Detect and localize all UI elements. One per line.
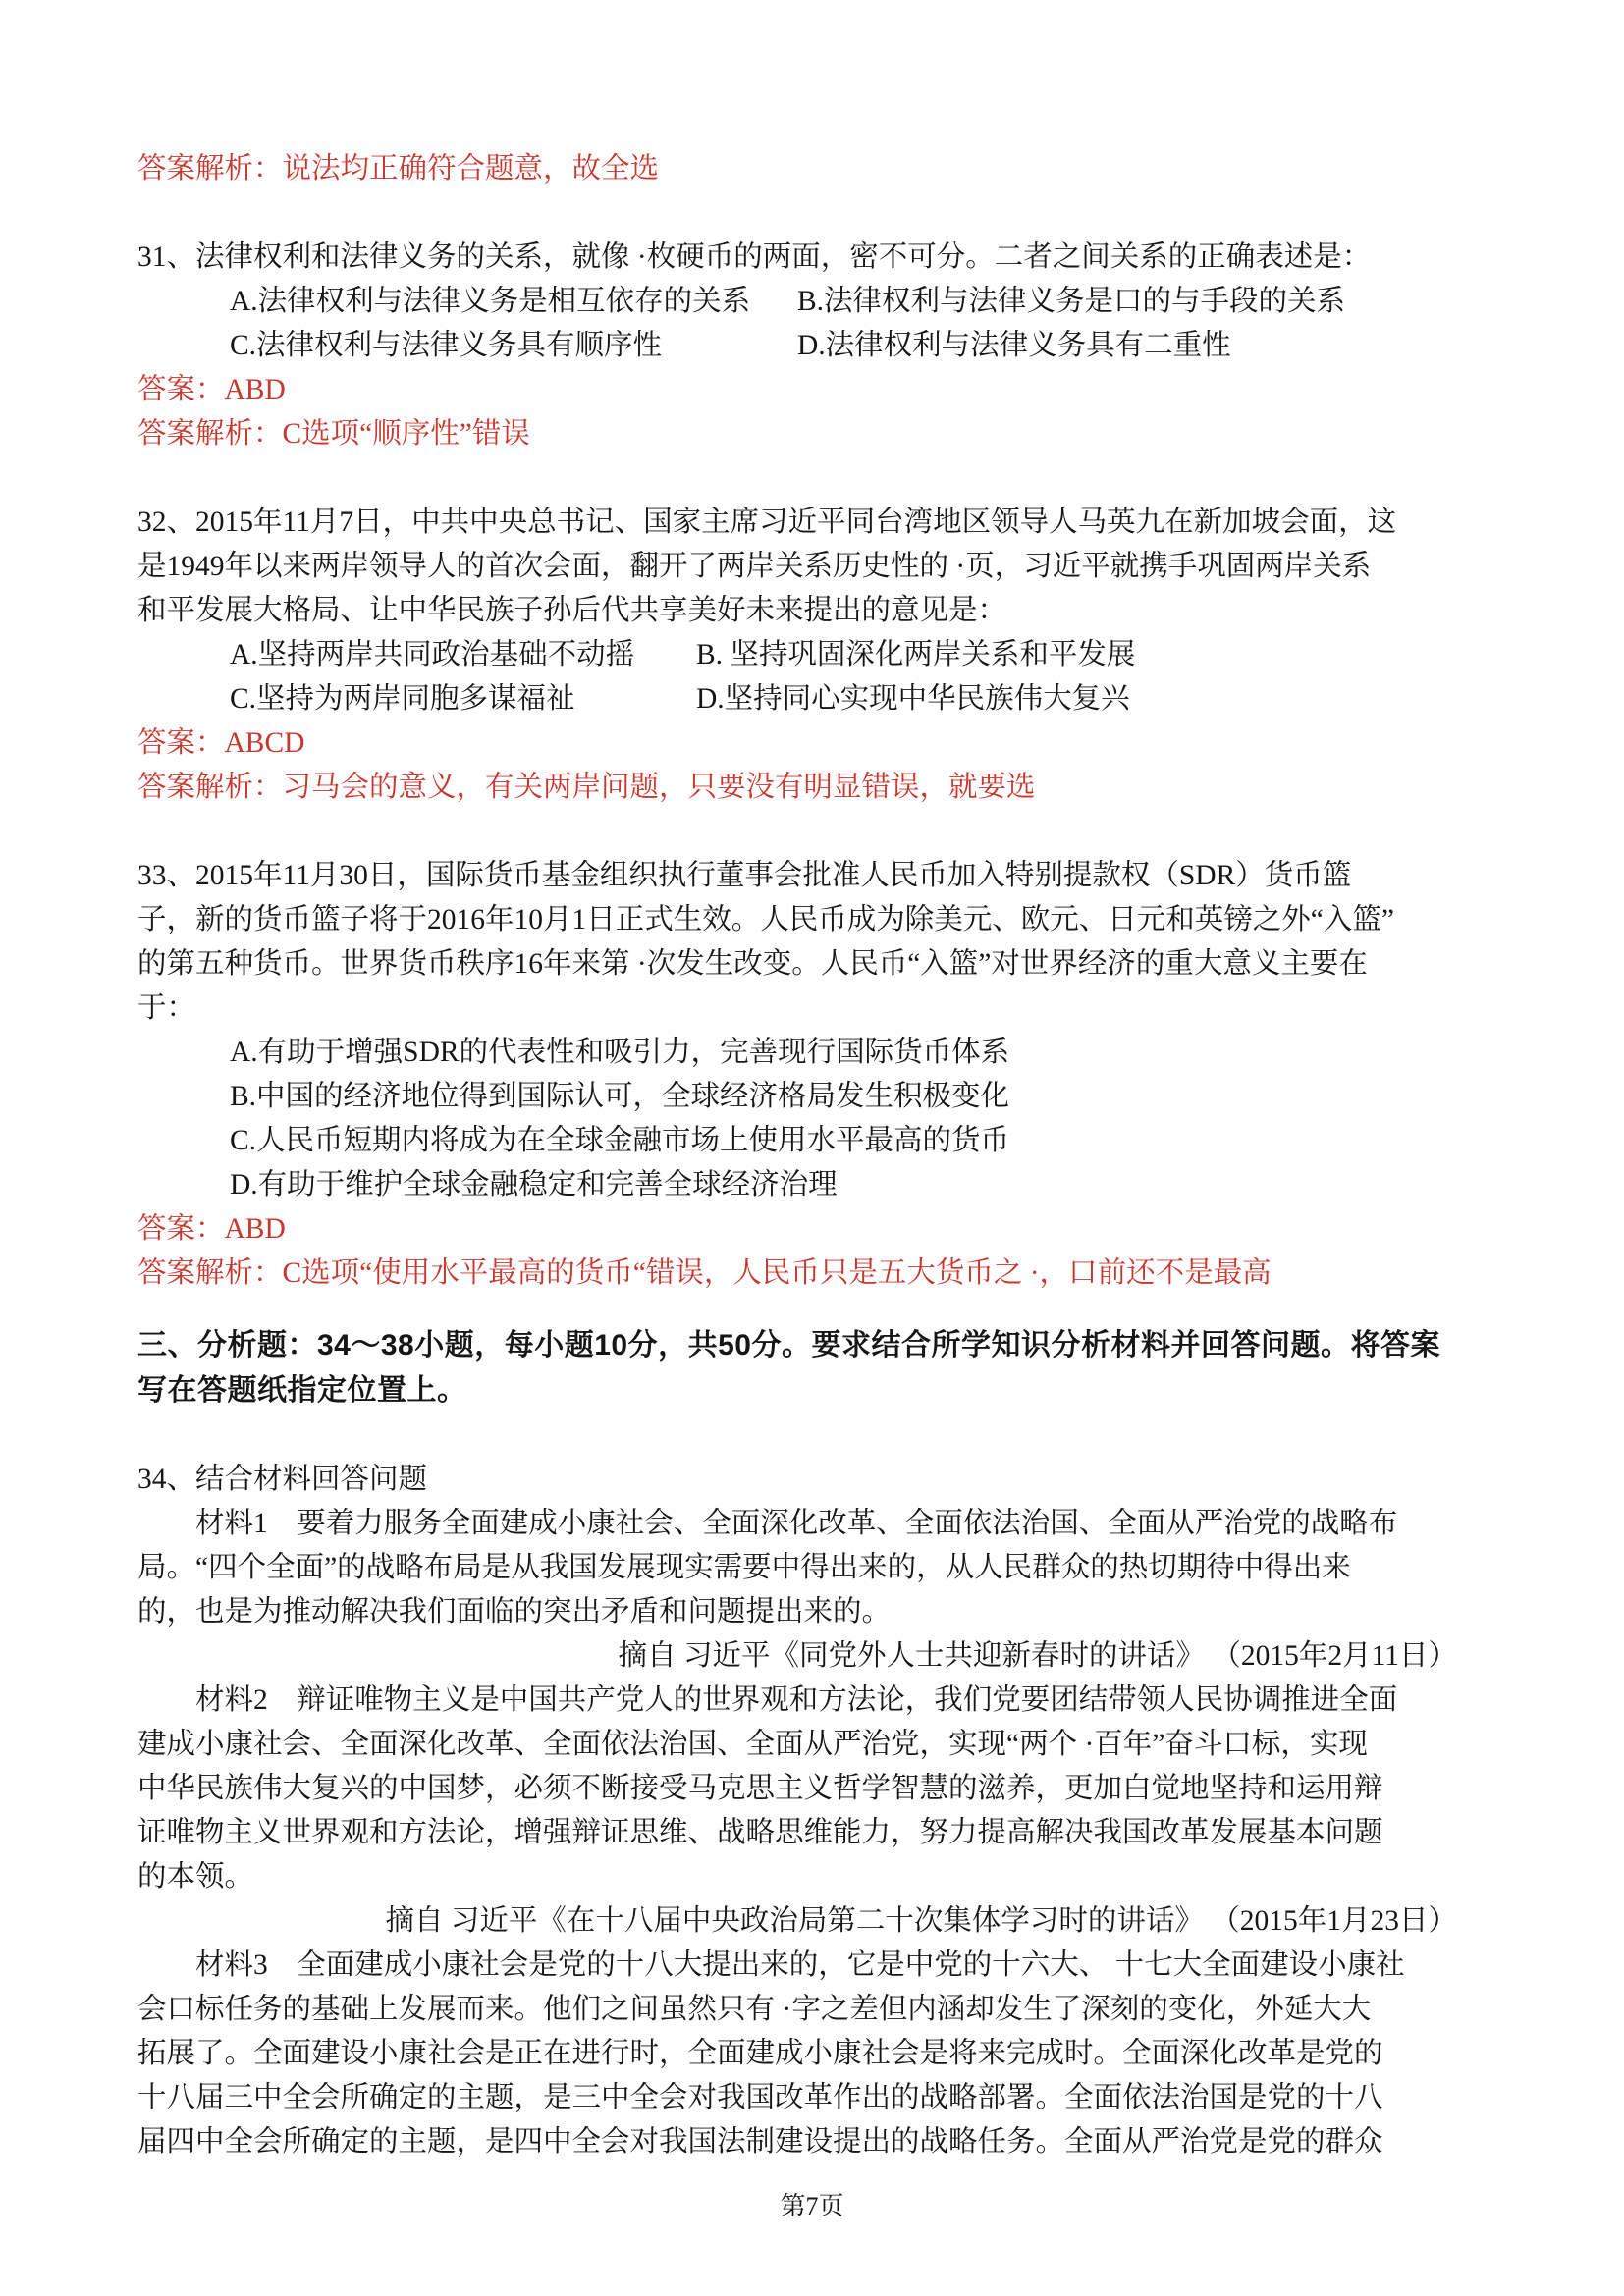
exam-page: 答案解析：说法均正确符合题意，故全选 31、法律权利和法律义务的关系，就像 ·枚…: [0, 0, 1624, 2296]
q34-title: 34、结合材料回答问题: [137, 1458, 1516, 1502]
q32-stem-line-3: 和平发展大格局、让中华民族子孙后代共享美好未来提出的意见是：: [137, 589, 1516, 633]
q33-option-a: A.有助于增强SDR的代表性和吸引力，完善现行国际货币体系: [137, 1031, 1516, 1075]
q32-stem-line-1: 32、2015年11月7日，中共中央总书记、国家主席习近平同台湾地区领导人马英九…: [137, 501, 1516, 545]
q32-option-a: A.坚持两岸共同政治基础不动摇: [230, 633, 696, 677]
q34-material1-source: 摘自 习近平《同党外人士共迎新春时的讲话》 （2015年2月11日）: [137, 1634, 1516, 1679]
q31-analysis: 答案解析：C选项“顺序性”错误: [137, 412, 1516, 456]
spacer: [137, 810, 1516, 854]
q31-options-row-2: C.法律权利与法律义务具有顺序性 D.法律权利与法律义务具有二重性: [137, 324, 1516, 368]
q32-stem-line-2: 是1949年以来两岸领导人的首次会面，翻开了两岸关系历史性的 ·页，习近平就携手…: [137, 545, 1516, 589]
question-32: 32、2015年11月7日，中共中央总书记、国家主席习近平同台湾地区领导人马英九…: [137, 501, 1516, 810]
q32-options-row-2: C.坚持为两岸同胞多谋福祉 D.坚持同心实现中华民族伟大复兴: [137, 677, 1516, 721]
q34-material2-source: 摘自 习近平《在十八届中央政治局第二十次集体学习时的讲话》 （2015年1月23…: [137, 1899, 1516, 1944]
q31-options-row-1: A.法律权利与法律义务是相互依存的关系 B.法律权利与法律义务是口的与手段的关系: [137, 280, 1516, 324]
q32-option-d: D.坚持同心实现中华民族伟大复兴: [696, 677, 1130, 721]
q32-option-c: C.坚持为两岸同胞多谋福祉: [230, 677, 696, 721]
q34-material3-line-2: 会口标任务的基础上发展而来。他们之间虽然只有 ·字之差但内涵却发生了深刻的变化，…: [137, 1988, 1516, 2032]
q34-material1-line-2: 局。“四个全面”的战略布局是从我国发展现实需要中得出来的，从人民群众的热切期待中…: [137, 1546, 1516, 1590]
q32-option-b: B. 坚持巩固深化两岸关系和平发展: [696, 633, 1135, 677]
q34-material1-line-3: 的，也是为推动解决我们面临的突出矛盾和问题提出来的。: [137, 1590, 1516, 1634]
q33-analysis: 答案解析：C选项“使用水平最高的货币“错误，人民币只是五大货币之 ·，口前还不是…: [137, 1252, 1516, 1296]
q34-material2-line-1: 材料2 辩证唯物主义是中国共产党人的世界观和方法论，我们党要团结带领人民协调推进…: [137, 1679, 1516, 1723]
q31-option-c: C.法律权利与法律义务具有顺序性: [230, 324, 797, 368]
q31-option-a: A.法律权利与法律义务是相互依存的关系: [230, 280, 797, 324]
q33-option-b: B.中国的经济地位得到国际认可，全球经济格局发生积极变化: [137, 1075, 1516, 1119]
q31-option-b: B.法律权利与法律义务是口的与手段的关系: [797, 280, 1345, 324]
q31-option-d: D.法律权利与法律义务具有二重性: [797, 324, 1231, 368]
q31-answer: 答案：ABD: [137, 368, 1516, 412]
q33-option-d: D.有助于维护全球金融稳定和完善全球经济治理: [137, 1163, 1516, 1207]
spacer: [137, 1296, 1516, 1323]
q34-material3-line-1: 材料3 全面建成小康社会是党的十八大提出来的，它是中党的十六大、 十七大全面建设…: [137, 1944, 1516, 1988]
q34-material2-line-2: 建成小康社会、全面深化改革、全面依法治国、全面从严治党，实现“两个 ·百年”奋斗…: [137, 1723, 1516, 1767]
section-3-line-1: 三、分析题：34～38小题，每小题10分，共50分。要求结合所学知识分析材料并回…: [137, 1323, 1516, 1368]
q34-material3-line-4: 十八届三中全会所确定的主题，是三中全会对我国改革作出的战略部署。全面依法治国是党…: [137, 2076, 1516, 2120]
q34-material2-line-4: 证唯物主义世界观和方法论，增强辩证思维、战略思维能力，努力提高解决我国改革发展基…: [137, 1811, 1516, 1855]
section-3-header: 三、分析题：34～38小题，每小题10分，共50分。要求结合所学知识分析材料并回…: [137, 1323, 1516, 1414]
q32-options-row-1: A.坚持两岸共同政治基础不动摇 B. 坚持巩固深化两岸关系和平发展: [137, 633, 1516, 677]
question-34: 34、结合材料回答问题 材料1 要着力服务全面建成小康社会、全面深化改革、全面依…: [137, 1458, 1516, 2164]
q33-stem-line-1: 33、2015年11月30日，国际货币基金组织执行董事会批准人民币加入特别提款权…: [137, 854, 1516, 898]
spacer: [137, 191, 1516, 236]
q33-stem-line-2: 子，新的货币篮子将于2016年10月1日正式生效。人民币成为除美元、欧元、日元和…: [137, 898, 1516, 942]
page-number: 第7页: [0, 2191, 1624, 2222]
q33-stem-line-3: 的第五种货币。世界货币秩序16年来第 ·次发生改变。人民币“入篮”对世界经济的重…: [137, 942, 1516, 987]
q34-material1-line-1: 材料1 要着力服务全面建成小康社会、全面深化改革、全面依法治国、全面从严治党的战…: [137, 1502, 1516, 1546]
q33-answer: 答案：ABD: [137, 1207, 1516, 1252]
question-31: 31、法律权利和法律义务的关系，就像 ·枚硬币的两面，密不可分。二者之间关系的正…: [137, 236, 1516, 456]
q34-material3-line-3: 拓展了。全面建设小康社会是正在进行时，全面建成小康社会是将来完成时。全面深化改革…: [137, 2032, 1516, 2076]
question-33: 33、2015年11月30日，国际货币基金组织执行董事会批准人民币加入特别提款权…: [137, 854, 1516, 1296]
q31-stem: 31、法律权利和法律义务的关系，就像 ·枚硬币的两面，密不可分。二者之间关系的正…: [137, 236, 1516, 280]
q33-option-c: C.人民币短期内将成为在全球金融市场上使用水平最高的货币: [137, 1119, 1516, 1163]
q33-stem-line-4: 于：: [137, 987, 1516, 1031]
spacer: [137, 1414, 1516, 1458]
prev-answer-analysis: 答案解析：说法均正确符合题意，故全选: [137, 147, 1516, 191]
q34-material2-line-3: 中华民族伟大复兴的中国梦，必须不断接受马克思主义哲学智慧的滋养，更加白觉地坚持和…: [137, 1767, 1516, 1811]
q32-analysis: 答案解析：习马会的意义，有关两岸问题，只要没有明显错误，就要选: [137, 766, 1516, 810]
q32-answer: 答案：ABCD: [137, 721, 1516, 766]
spacer: [137, 456, 1516, 501]
section-3-line-2: 写在答题纸指定位置上。: [137, 1368, 1516, 1414]
q34-material3-line-5: 届四中全会所确定的主题，是四中全会对我国法制建设提出的战略任务。全面从严治党是党…: [137, 2120, 1516, 2164]
q34-material2-line-5: 的本领。: [137, 1855, 1516, 1899]
